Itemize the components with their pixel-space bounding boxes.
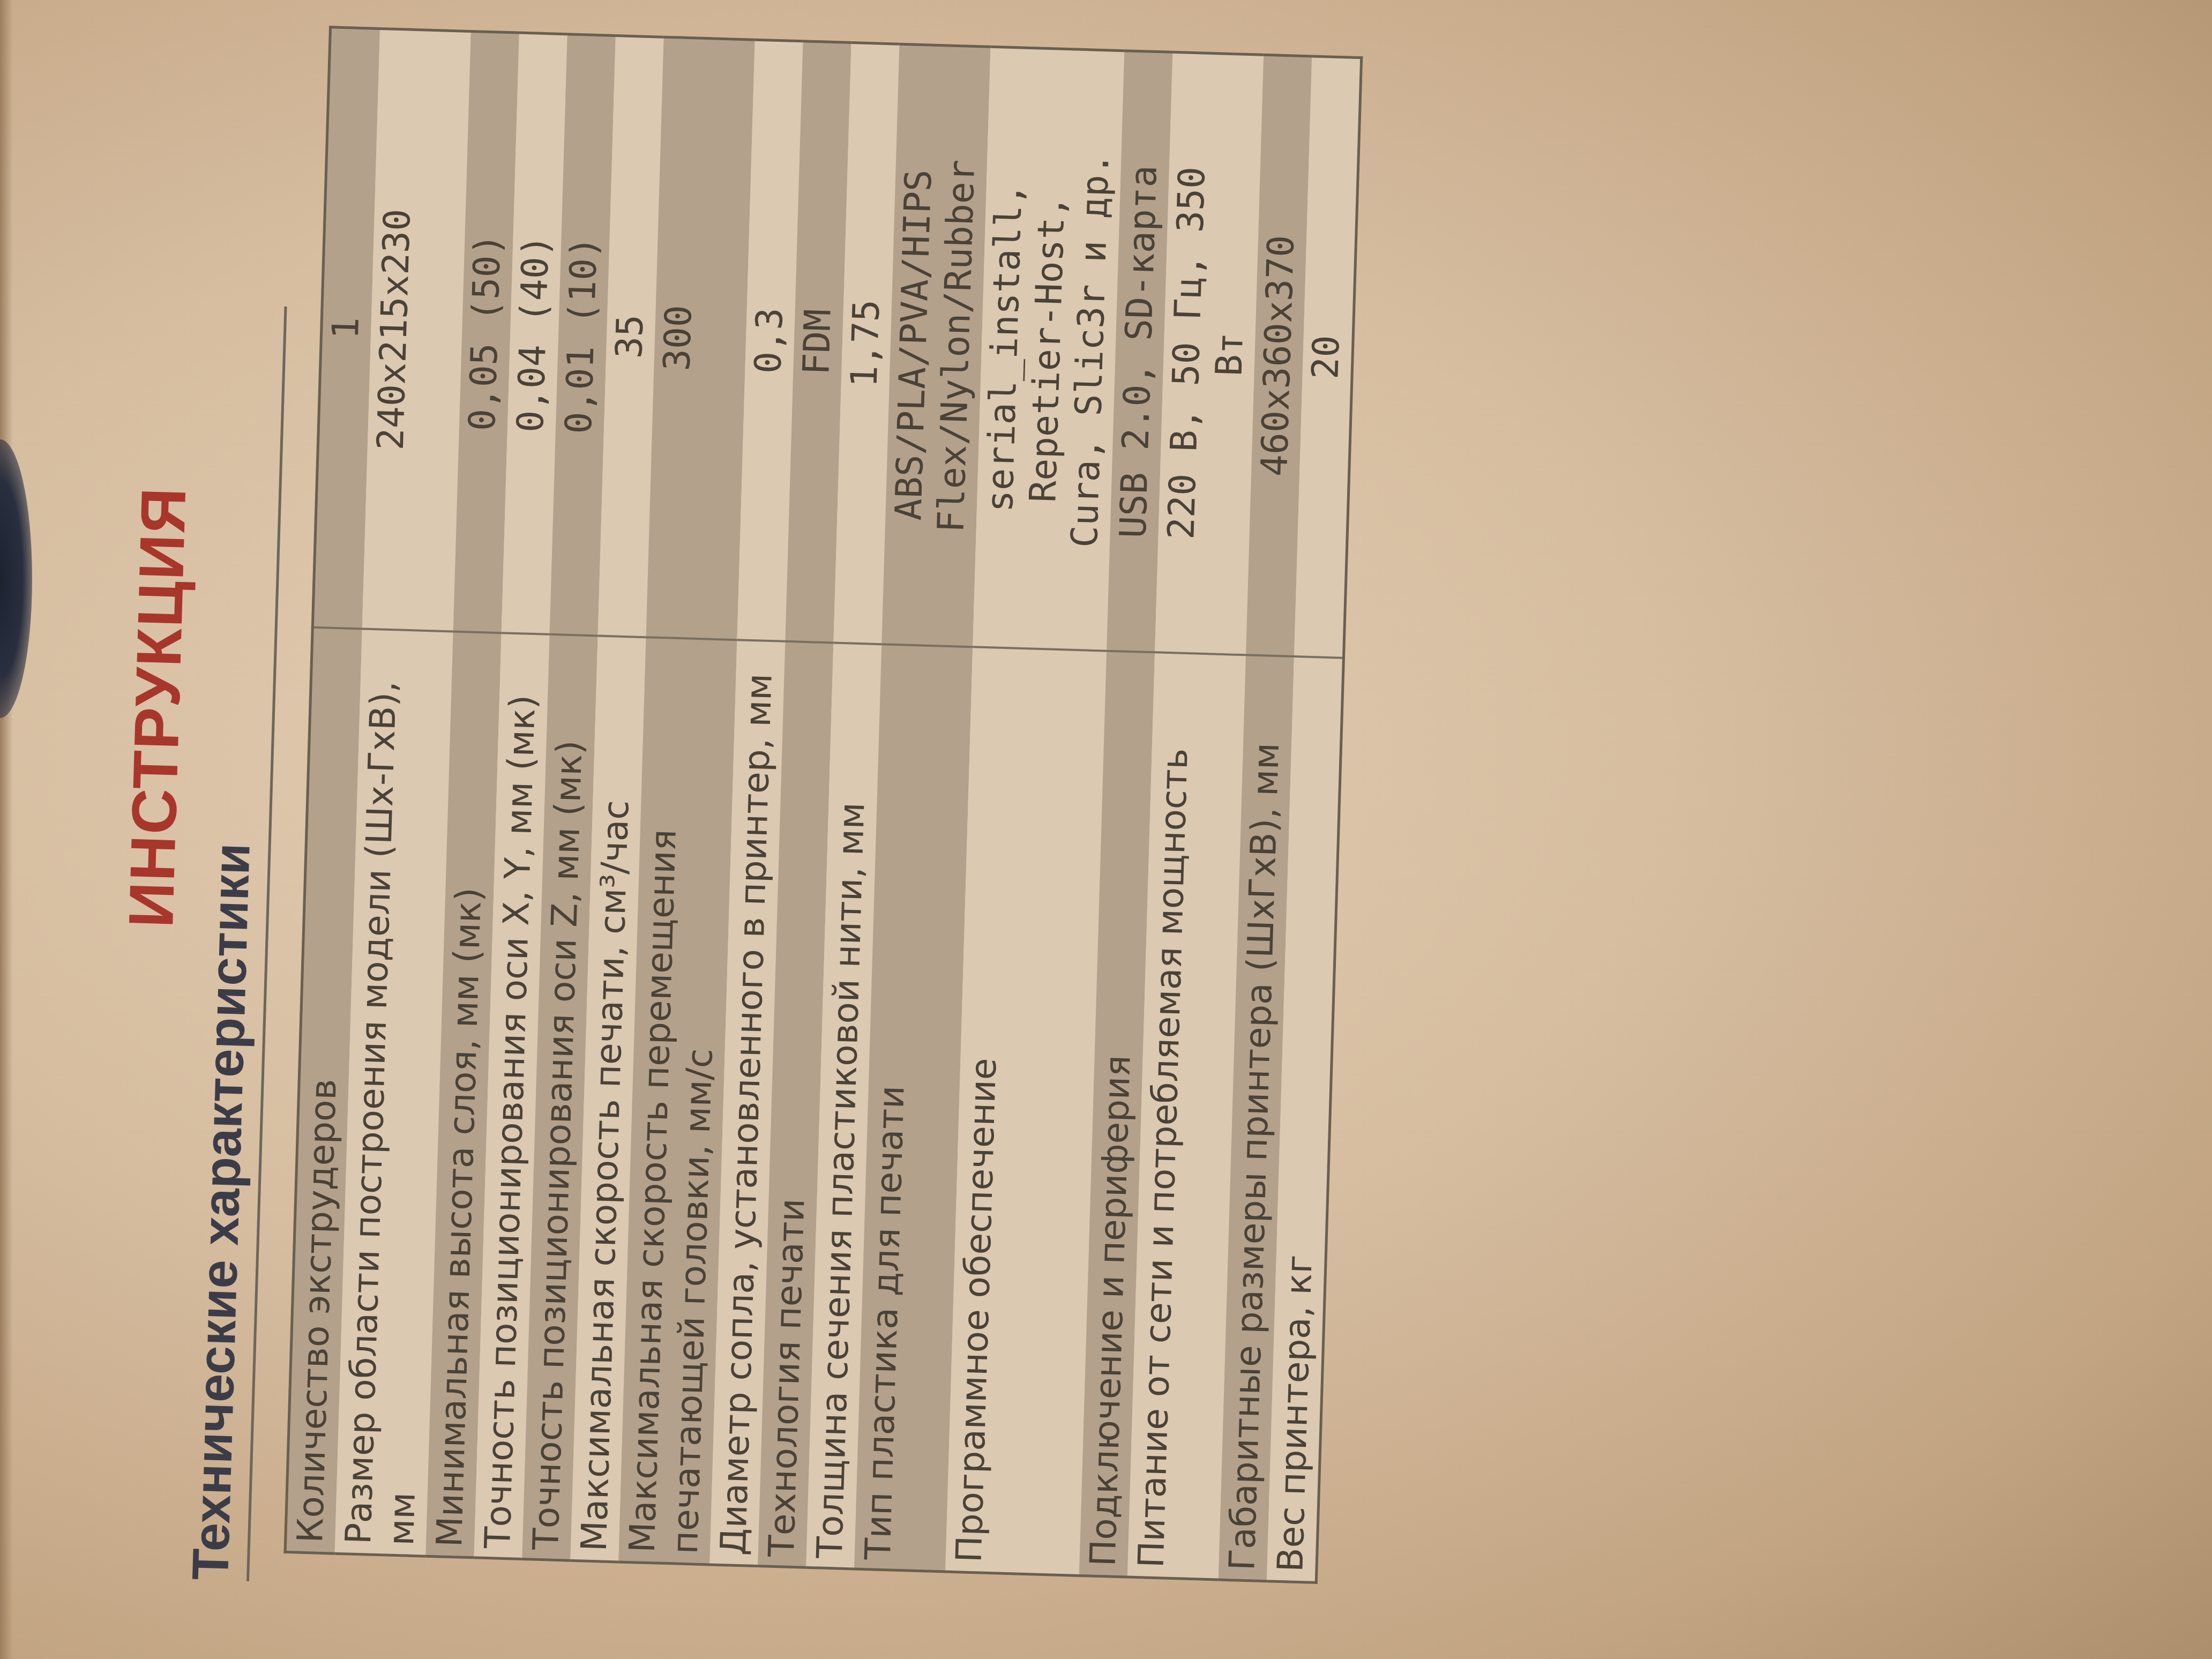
document-title: ИНСТРУКЦИЯ bbox=[115, 486, 200, 929]
spec-value: ABS/PLA/PVA/HIPSFlex/Nylon/Rubber bbox=[881, 44, 990, 647]
background-edge-shadow bbox=[0, 0, 13, 1659]
background-dark-object bbox=[0, 439, 32, 718]
spec-value: 300 bbox=[646, 37, 755, 640]
specifications-table-body: Количество экструдеров1Размер области по… bbox=[285, 27, 1362, 1583]
document-page: ИНСТРУКЦИЯ Технические характеристики Ко… bbox=[15, 35, 1700, 1626]
spec-value: 220 В, 50 Гц, 350Вт bbox=[1155, 52, 1264, 655]
spec-value: 240x215x230 bbox=[362, 28, 471, 631]
specifications-table: Количество экструдеров1Размер области по… bbox=[284, 26, 1363, 1584]
spec-value: serial_install,Repetier-Host,Cura, Slic3… bbox=[973, 47, 1124, 651]
spec-label: Программное обеспечение bbox=[945, 647, 1107, 1575]
